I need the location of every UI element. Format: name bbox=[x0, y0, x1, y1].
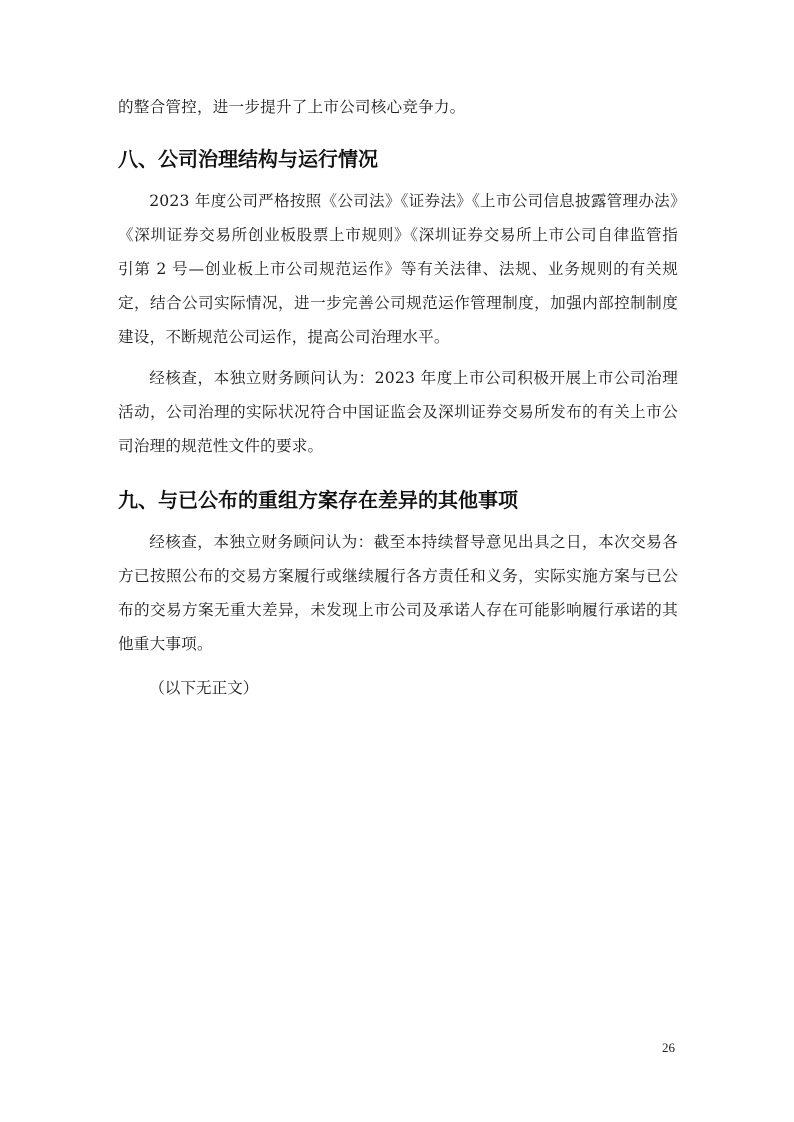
continuation-paragraph: 的整合管控，进一步提升了上市公司核心竞争力。 bbox=[118, 90, 678, 124]
section-heading-governance: 八、公司治理结构与运行情况 bbox=[118, 144, 678, 174]
governance-paragraph-2: 经核查，本独立财务顾问认为：2023 年度上市公司积极开展上市公司治理活动，公司… bbox=[118, 361, 678, 463]
other-matters-paragraph: 经核查，本独立财务顾问认为：截至本持续督导意见出具之日，本次交易各方已按照公布的… bbox=[118, 525, 678, 661]
page-number: 26 bbox=[662, 1040, 675, 1056]
end-note: （以下无正文） bbox=[118, 671, 678, 705]
section-heading-other-matters: 九、与已公布的重组方案存在差异的其他事项 bbox=[118, 485, 678, 515]
document-page: 的整合管控，进一步提升了上市公司核心竞争力。 八、公司治理结构与运行情况 202… bbox=[118, 90, 678, 721]
governance-paragraph-1: 2023 年度公司严格按照《公司法》《证券法》《上市公司信息披露管理办法》《深圳… bbox=[118, 184, 678, 354]
